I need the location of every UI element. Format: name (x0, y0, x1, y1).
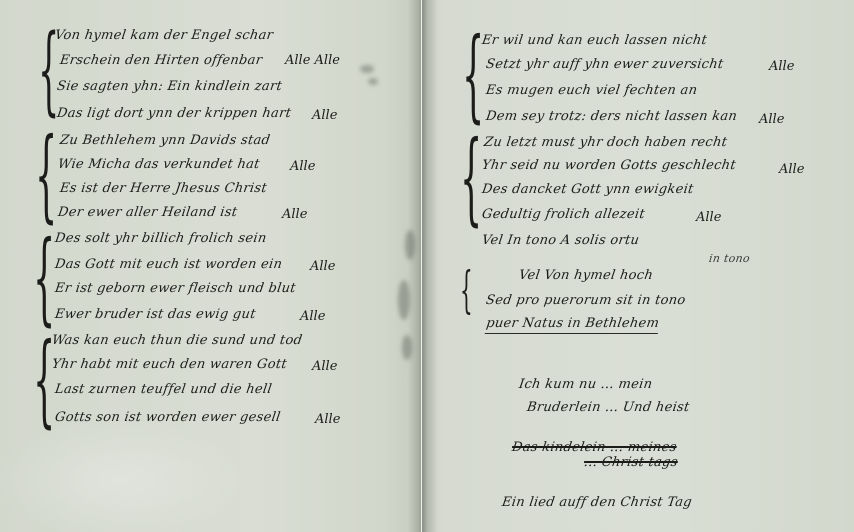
verse-line: Das ligt dort ynn der krippen hart (56, 106, 292, 121)
verse-line: Es mugen euch viel fechten an (485, 83, 698, 98)
verse-line: Es ist der Herre Jhesus Christ (59, 181, 268, 196)
verse-line: Von hymel kam der Engel schar (54, 28, 274, 43)
verse-line: Last zurnen teuffel und die hell (54, 382, 273, 397)
tune-note: puer Natus in Bethlehem (485, 316, 660, 334)
refrain-alle: Alle (759, 112, 784, 127)
verse-line: Des solt yhr billich frolich sein (54, 231, 268, 246)
right-page: { { { Er wil und kan euch lassen nicht S… (424, 0, 854, 532)
verse-line: Er wil und kan euch lassen nicht (481, 33, 708, 48)
verse-line: Wie Micha das verkundet hat (57, 157, 261, 172)
stanza-brace: { (462, 25, 484, 125)
verse-line: Er ist geborn ewer fleisch und blut (54, 281, 297, 296)
verse-line: Yhr habt mit euch den waren Gott (51, 357, 288, 372)
refrain-alle: Alle Alle (285, 53, 340, 68)
verse-line: Ewer bruder ist das ewig gut (54, 307, 257, 322)
footer-line: Ich kum nu ... mein (518, 377, 653, 392)
verse-line: Dem sey trotz: ders nicht lassen kan (485, 109, 738, 124)
verse-line: Des dancket Gott ynn ewigkeit (481, 182, 695, 197)
verse-line: Yhr seid nu worden Gotts geschlecht (481, 158, 737, 173)
refrain-alle: Alle (312, 359, 337, 374)
refrain-alle: Alle (315, 412, 340, 427)
song-title-line: Ein lied auff den Christ Tag (501, 495, 693, 510)
refrain-alle: Alle (282, 207, 307, 222)
verse-line: Gedultig frolich allezeit (481, 207, 646, 222)
stanza-brace: { (35, 125, 57, 225)
refrain-alle: Alle (290, 159, 315, 174)
verse-line: Erschein den Hirten offenbar (59, 53, 263, 68)
verse-line: Setzt yhr auff yhn ewer zuversicht (485, 57, 725, 72)
footer-line: Bruderlein ... Und heist (526, 400, 691, 415)
tune-note: Sed pro puerorum sit in tono (485, 293, 687, 308)
verse-line: Das Gott mit euch ist worden ein (54, 257, 283, 272)
left-page: { { { { Von hymel kam der Engel schar Er… (0, 0, 420, 532)
struck-line: Das kindelein ... meines (511, 440, 678, 455)
verse-line: Sie sagten yhn: Ein kindlein zart (56, 79, 283, 94)
verse-line: Zu Bethlehem ynn Davids stad (59, 133, 271, 148)
verse-line: Der ewer aller Heiland ist (57, 205, 238, 220)
refrain-alle: Alle (300, 309, 325, 324)
refrain-alle: Alle (312, 108, 337, 123)
stanza-brace: { (460, 128, 482, 228)
refrain-alle: Alle (769, 59, 794, 74)
stanza-brace: { (460, 265, 473, 315)
verse-line: Was kan euch thun die sund und tod (51, 333, 303, 348)
gutter-fold-line (421, 0, 422, 532)
tune-note: Vel Von hymel hoch (518, 268, 654, 283)
stanza-brace: { (33, 228, 55, 328)
refrain-alle: Alle (310, 259, 335, 274)
refrain-alle: Alle (696, 210, 721, 225)
tune-annotation: in tono (708, 252, 751, 265)
verse-line: Gotts son ist worden ewer gesell (54, 410, 282, 425)
tune-note: Vel In tono A solis ortu (481, 233, 640, 248)
verse-line: Zu letzt must yhr doch haben recht (483, 135, 728, 150)
refrain-alle: Alle (779, 162, 804, 177)
struck-line: ... Christ tags (583, 455, 679, 470)
